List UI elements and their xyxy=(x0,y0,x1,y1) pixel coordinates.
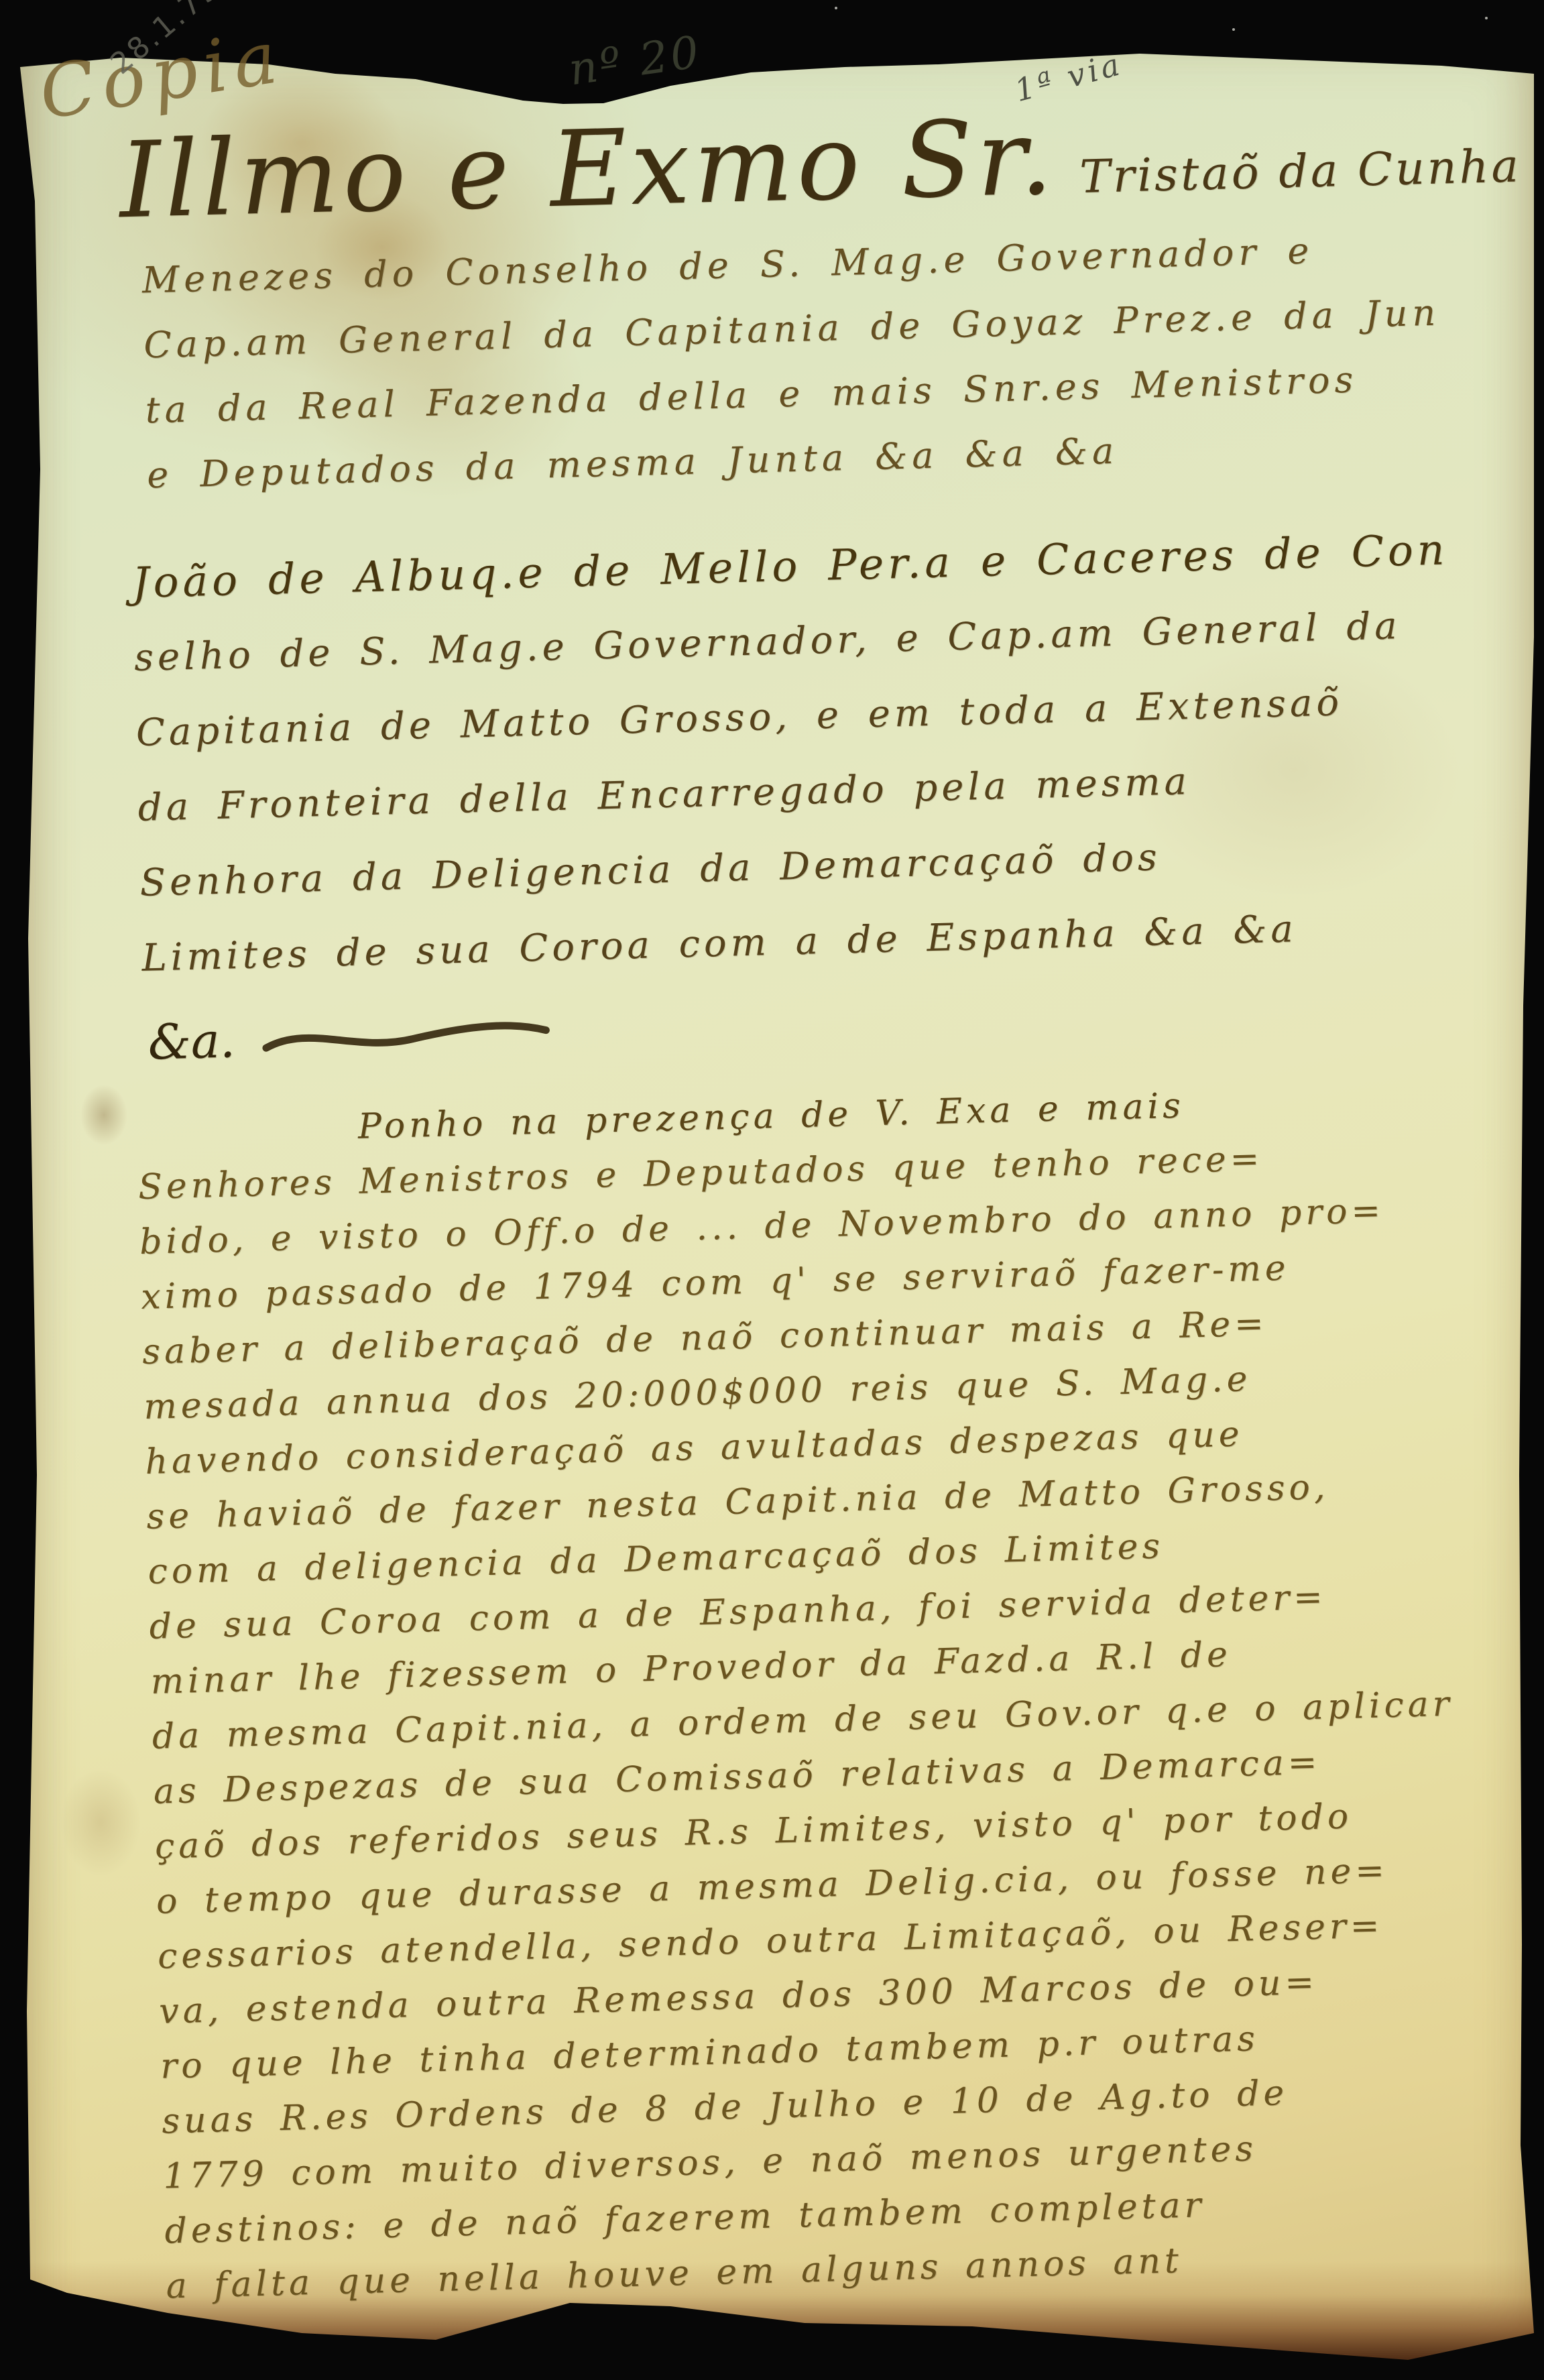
dust-speck xyxy=(835,7,837,9)
body-block: Ponho na prezença de V. Exa e maisSenhor… xyxy=(136,1071,1503,2314)
paper-stain xyxy=(80,1085,127,1145)
etcetera-mark: &a. xyxy=(147,1012,236,1070)
photo-background: { "photo": { "background": "#070707", "p… xyxy=(0,0,1544,2380)
dust-speck xyxy=(1232,28,1235,31)
address-block: Menezes do Conselho de S. Mag.e Governad… xyxy=(141,215,1458,508)
writing-layer: Illmo e Exmo Sr. Tristaõ da Cunha Meneze… xyxy=(101,90,1503,2314)
paper-stain xyxy=(60,1769,141,1876)
salutation-text: Illmo e Exmo Sr. xyxy=(118,100,1058,239)
dust-speck xyxy=(1485,17,1488,19)
addressee-text: Tristaõ da Cunha xyxy=(1079,139,1521,204)
sender-block: João de Albuq.e de Mello Per.a e Caceres… xyxy=(131,512,1470,996)
flourish-stroke xyxy=(261,1014,550,1057)
